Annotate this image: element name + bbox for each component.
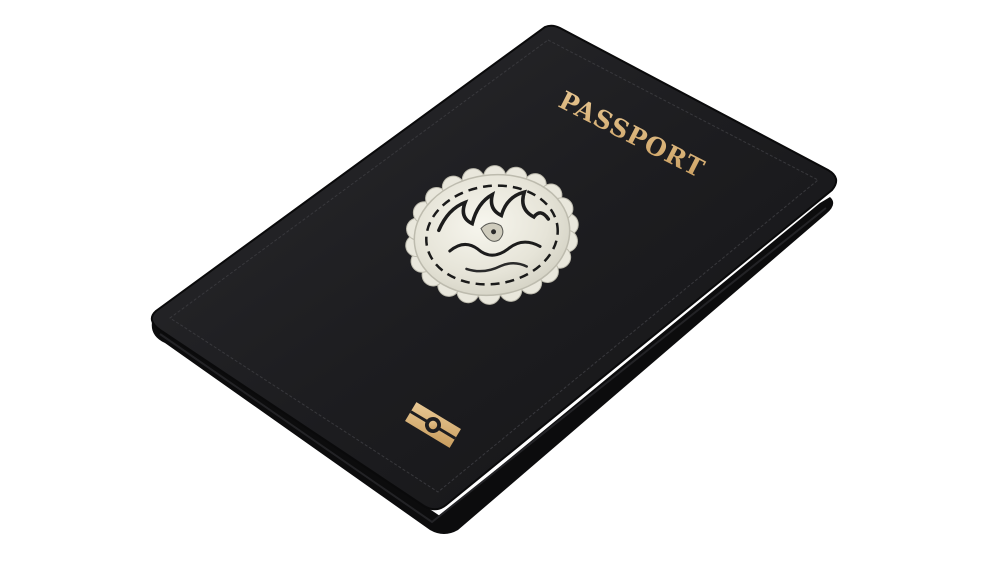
product-photo: PASSPORT	[0, 0, 1000, 573]
